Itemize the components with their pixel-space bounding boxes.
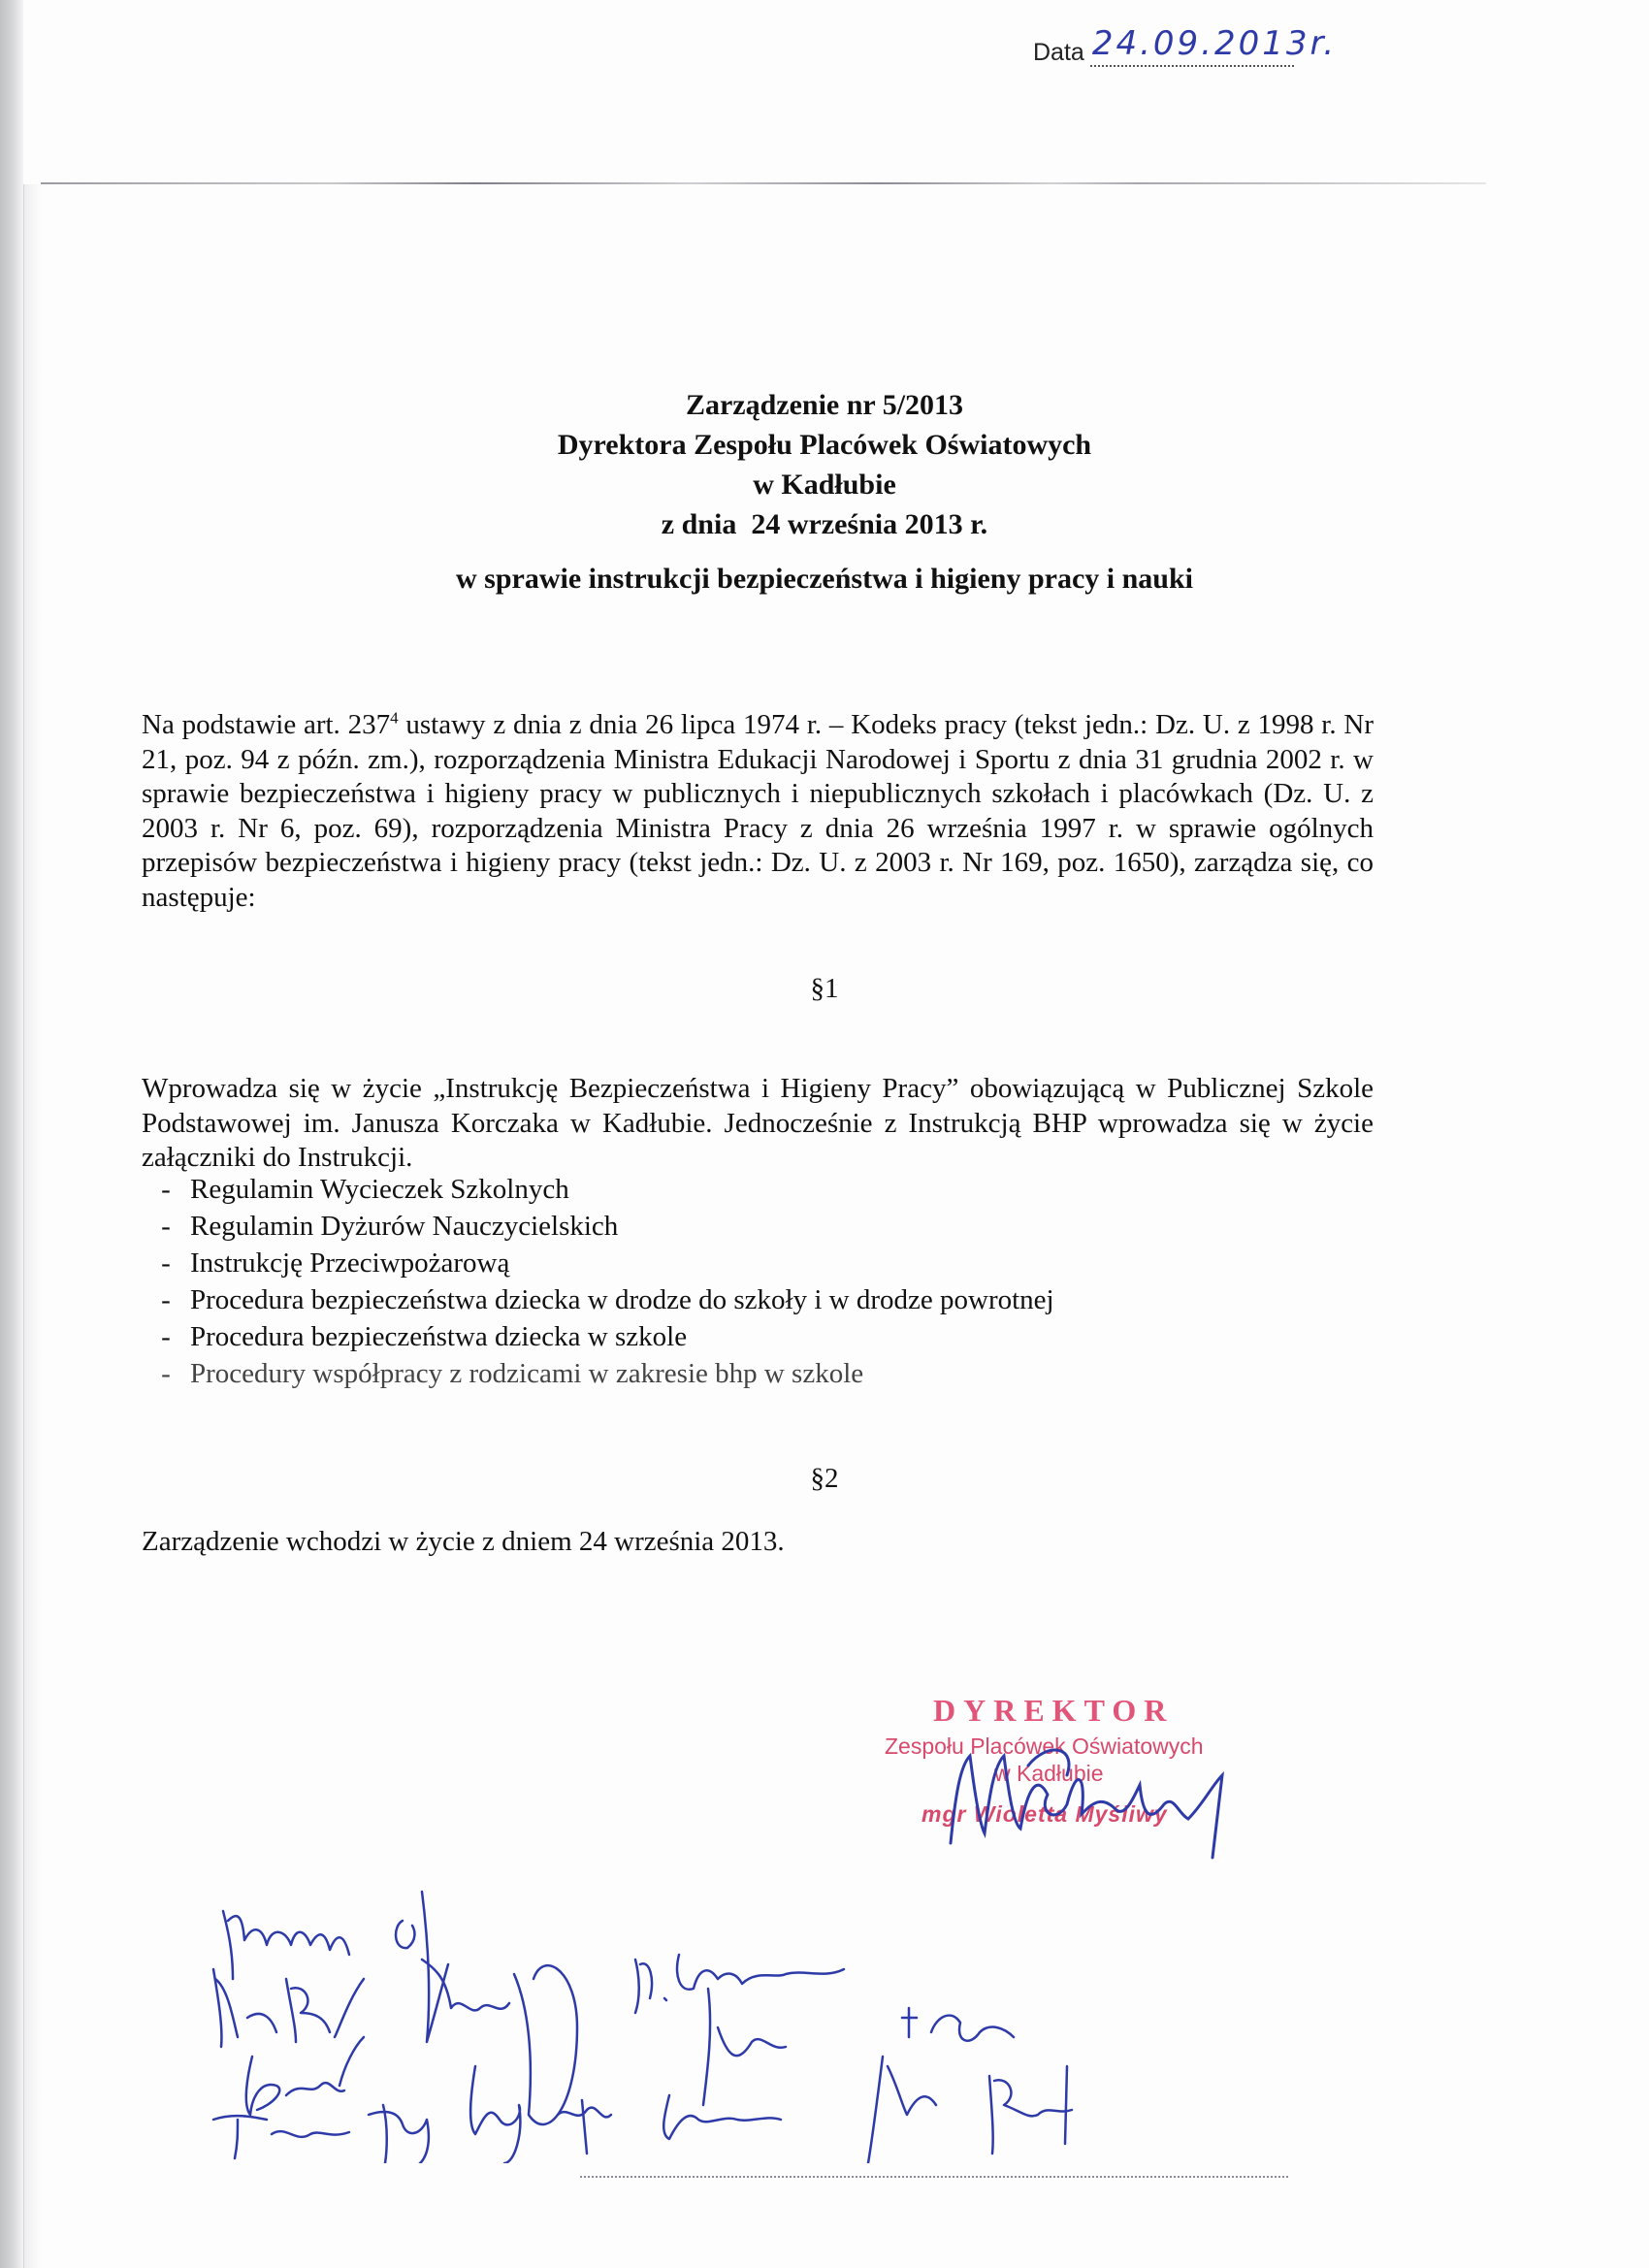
bullet-dash: -: [142, 1318, 190, 1355]
list-item: -Procedura bezpieczeństwa dziecka w drod…: [142, 1281, 1054, 1318]
title-line-2: Dyrektora Zespołu Placówek Oświatowych: [0, 425, 1649, 465]
document-title: Zarządzenie nr 5/2013 Dyrektora Zespołu …: [0, 385, 1649, 544]
list-item: -Procedura bezpieczeństwa dziecka w szko…: [142, 1318, 1054, 1355]
section-1-mark: §1: [0, 973, 1649, 1005]
list-item: -Regulamin Dyżurów Nauczycielskich: [142, 1208, 1054, 1245]
bullet-dash: -: [142, 1355, 190, 1392]
director-signature-icon: [931, 1736, 1261, 1863]
attachment-label: Procedura bezpieczeństwa dziecka w drodz…: [190, 1281, 1054, 1318]
attachment-label: Regulamin Dyżurów Nauczycielskich: [190, 1208, 618, 1245]
preamble-text-start: Na podstawie art. 237: [142, 709, 390, 740]
section-2-mark: §2: [0, 1463, 1649, 1495]
list-item: -Procedury współpracy z rodzicami w zakr…: [142, 1355, 1054, 1392]
bullet-dash: -: [142, 1171, 190, 1208]
staff-signatures-icon: [194, 1872, 1280, 2163]
title-line-1: Zarządzenie nr 5/2013: [0, 385, 1649, 425]
title-line-3: w Kadłubie: [0, 465, 1649, 504]
date-dotted-line: 24.09.2013r.: [1090, 40, 1294, 67]
stamp-title: DYREKTOR: [933, 1693, 1174, 1729]
article-superscript: 4: [390, 708, 399, 727]
attachments-list: -Regulamin Wycieczek Szkolnych -Regulami…: [142, 1171, 1054, 1392]
attachment-label: Procedury współpracy z rodzicami w zakre…: [190, 1355, 863, 1392]
attachment-label: Instrukcję Przeciwpożarową: [190, 1245, 509, 1281]
bullet-dash: -: [142, 1281, 190, 1318]
bullet-dash: -: [142, 1208, 190, 1245]
date-handwritten: 24.09.2013r.: [1092, 24, 1337, 63]
attachment-label: Procedura bezpieczeństwa dziecka w szkol…: [190, 1318, 687, 1355]
section-1-paragraph: Wprowadza się w życie „Instrukcję Bezpie…: [142, 1072, 1374, 1176]
attachment-label: Regulamin Wycieczek Szkolnych: [190, 1171, 569, 1208]
document-subject: w sprawie instrukcji bezpieczeństwa i hi…: [0, 563, 1649, 596]
preamble-paragraph: Na podstawie art. 2374 ustawy z dnia z d…: [142, 708, 1374, 915]
scan-left-edge: [0, 0, 23, 2268]
date-field: Data 24.09.2013r.: [1033, 39, 1294, 67]
list-item: -Regulamin Wycieczek Szkolnych: [142, 1171, 1054, 1208]
title-line-4: z dnia 24 września 2013 r.: [0, 504, 1649, 544]
header-rule: [41, 182, 1486, 184]
bullet-dash: -: [142, 1245, 190, 1281]
section-2-paragraph: Zarządzenie wchodzi w życie z dniem 24 w…: [142, 1525, 1374, 1560]
date-label: Data: [1033, 39, 1084, 67]
list-item: -Instrukcję Przeciwpożarową: [142, 1245, 1054, 1281]
signature-dotted-line: [580, 2176, 1288, 2178]
